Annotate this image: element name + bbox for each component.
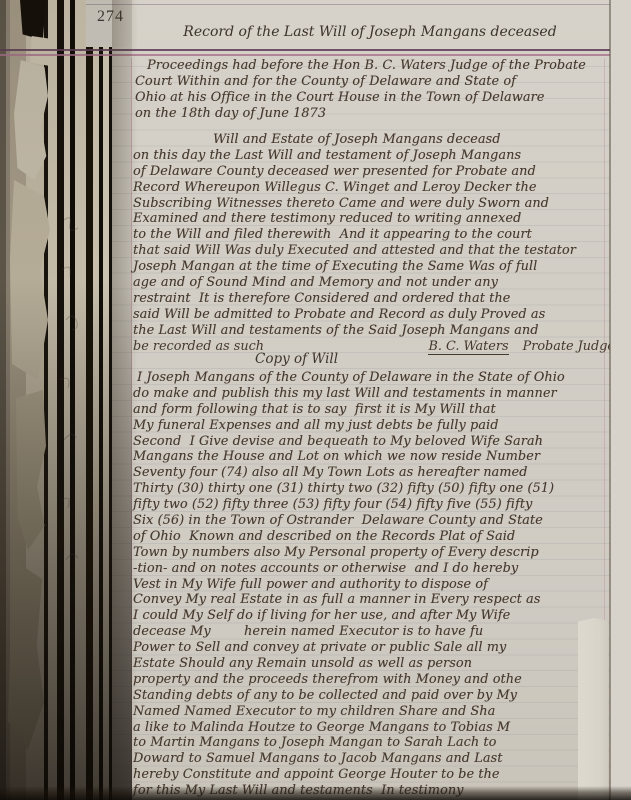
page-edge-fragment: [30, 36, 52, 66]
will-text-paragraph: I Joseph Mangans of the County of Delawa…: [133, 370, 629, 799]
text-line: said Will be admitted to Probate and Rec…: [133, 307, 629, 323]
probate-order-paragraph: Will and Estate of Joseph Mangans deceas…: [133, 132, 629, 354]
page-edge-line: [609, 0, 611, 800]
signature-name: B. C. Waters: [428, 339, 508, 355]
text-line: Seventy four (74) also all My Town Lots …: [133, 465, 629, 481]
text-line: to the Will and filed therewith And it a…: [133, 227, 629, 243]
text-line: do make and publish this my last Will an…: [133, 386, 629, 402]
text-line: Record Whereupon Willegus C. Winget and …: [133, 180, 629, 196]
text-line: decease My herein named Executor is to h…: [133, 624, 629, 640]
text-line: Named Named Executor to my children Shar…: [133, 704, 629, 720]
left-margin-line: [131, 58, 132, 800]
text-line: Will and Estate of Joseph Mangans deceas…: [133, 132, 629, 148]
judge-signature: B. C. Waters Probate Judge: [428, 339, 615, 355]
header-rule-pink: [0, 54, 631, 56]
text-line: Power to Sell and convey at private or p…: [133, 640, 629, 656]
text-line: Proceedings had before the Hon B. C. Wat…: [135, 58, 629, 74]
text-line: Convey My real Estate in as full a manne…: [133, 592, 629, 608]
text-line: of Delaware County deceased wer presente…: [133, 164, 629, 180]
text-line: that said Will Was duly Executed and att…: [133, 243, 629, 259]
text-line: on the 18th day of June 1873: [135, 106, 629, 122]
header-rule-dark: [0, 49, 631, 51]
text-line: Estate Should any Remain unsold as well …: [133, 656, 629, 672]
text-line: Mangans the House and Lot on which we no…: [133, 449, 629, 465]
text-line: to Martin Mangans to Joseph Mangan to Sa…: [133, 735, 629, 751]
text-line: Thirty (30) thirty one (31) thirty two (…: [133, 481, 629, 497]
signature-row: be recorded as such B. C. Waters Probate…: [133, 339, 629, 355]
text-line: fifty two (52) fifty three (53) fifty fo…: [133, 497, 629, 513]
scanned-record-book-page: 274 Record of the Last Will of Joseph Ma…: [0, 0, 631, 800]
signature-role: Probate Judge: [523, 339, 615, 354]
next-page-sliver: [610, 0, 631, 800]
page-title: Record of the Last Will of Joseph Mangan…: [140, 24, 600, 40]
text-line: Second I Give devise and bequeath to My …: [133, 434, 629, 450]
proceedings-paragraph: Proceedings had before the Hon B. C. Wat…: [135, 58, 629, 122]
text-line: -tion- and on notes accounts or otherwis…: [133, 561, 629, 577]
text-line: Six (56) in the Town of Ostrander Delawa…: [133, 513, 629, 529]
copy-of-will-heading: Copy of Will: [255, 351, 338, 367]
probate-lines: Will and Estate of Joseph Mangans deceas…: [133, 132, 629, 339]
text-line: on this day the Last Will and testament …: [133, 148, 629, 164]
text-line: age and of Sound Mind and Memory and not…: [133, 275, 629, 291]
text-line: Joseph Mangan at the time of Executing t…: [133, 259, 629, 275]
page-number: 274: [97, 8, 124, 26]
text-line: restraint It is therefore Considered and…: [133, 291, 629, 307]
top-partial-rule: [86, 4, 631, 5]
text-line: I could My Self do if living for her use…: [133, 608, 629, 624]
signature-prefix: be recorded as such: [133, 339, 264, 355]
text-line: Examined and there testimony reduced to …: [133, 211, 629, 227]
text-line: Standing debts of any to be collected an…: [133, 688, 629, 704]
text-line: of Ohio Known and described on the Recor…: [133, 529, 629, 545]
text-line: Court Within and for the County of Delaw…: [135, 74, 629, 90]
text-line: Subscribing Witnesses thereto Came and w…: [133, 196, 629, 212]
text-line: Town by numbers also My Personal propert…: [133, 545, 629, 561]
text-line: a like to Malinda Houtze to George Manga…: [133, 720, 629, 736]
text-line: Vest in My Wife full power and authority…: [133, 577, 629, 593]
text-line: the Last Will and testaments of the Said…: [133, 323, 629, 339]
text-line: for this My Last Will and testaments In …: [133, 783, 629, 799]
text-line: My funeral Expenses and all my just debt…: [133, 418, 629, 434]
marginal-ink-marks: [54, 210, 114, 630]
text-line: I Joseph Mangans of the County of Delawa…: [133, 370, 629, 386]
text-line: Ohio at his Office in the Court House in…: [135, 90, 629, 106]
text-line: property and the proceeds therefrom with…: [133, 672, 629, 688]
text-line: hereby Constitute and appoint George Hou…: [133, 767, 629, 783]
overlapping-page-strip: [578, 618, 608, 800]
page-edge-fragment: [20, 0, 46, 40]
text-line: and form following that is to say first …: [133, 402, 629, 418]
text-line: Doward to Samuel Mangans to Jacob Mangan…: [133, 751, 629, 767]
